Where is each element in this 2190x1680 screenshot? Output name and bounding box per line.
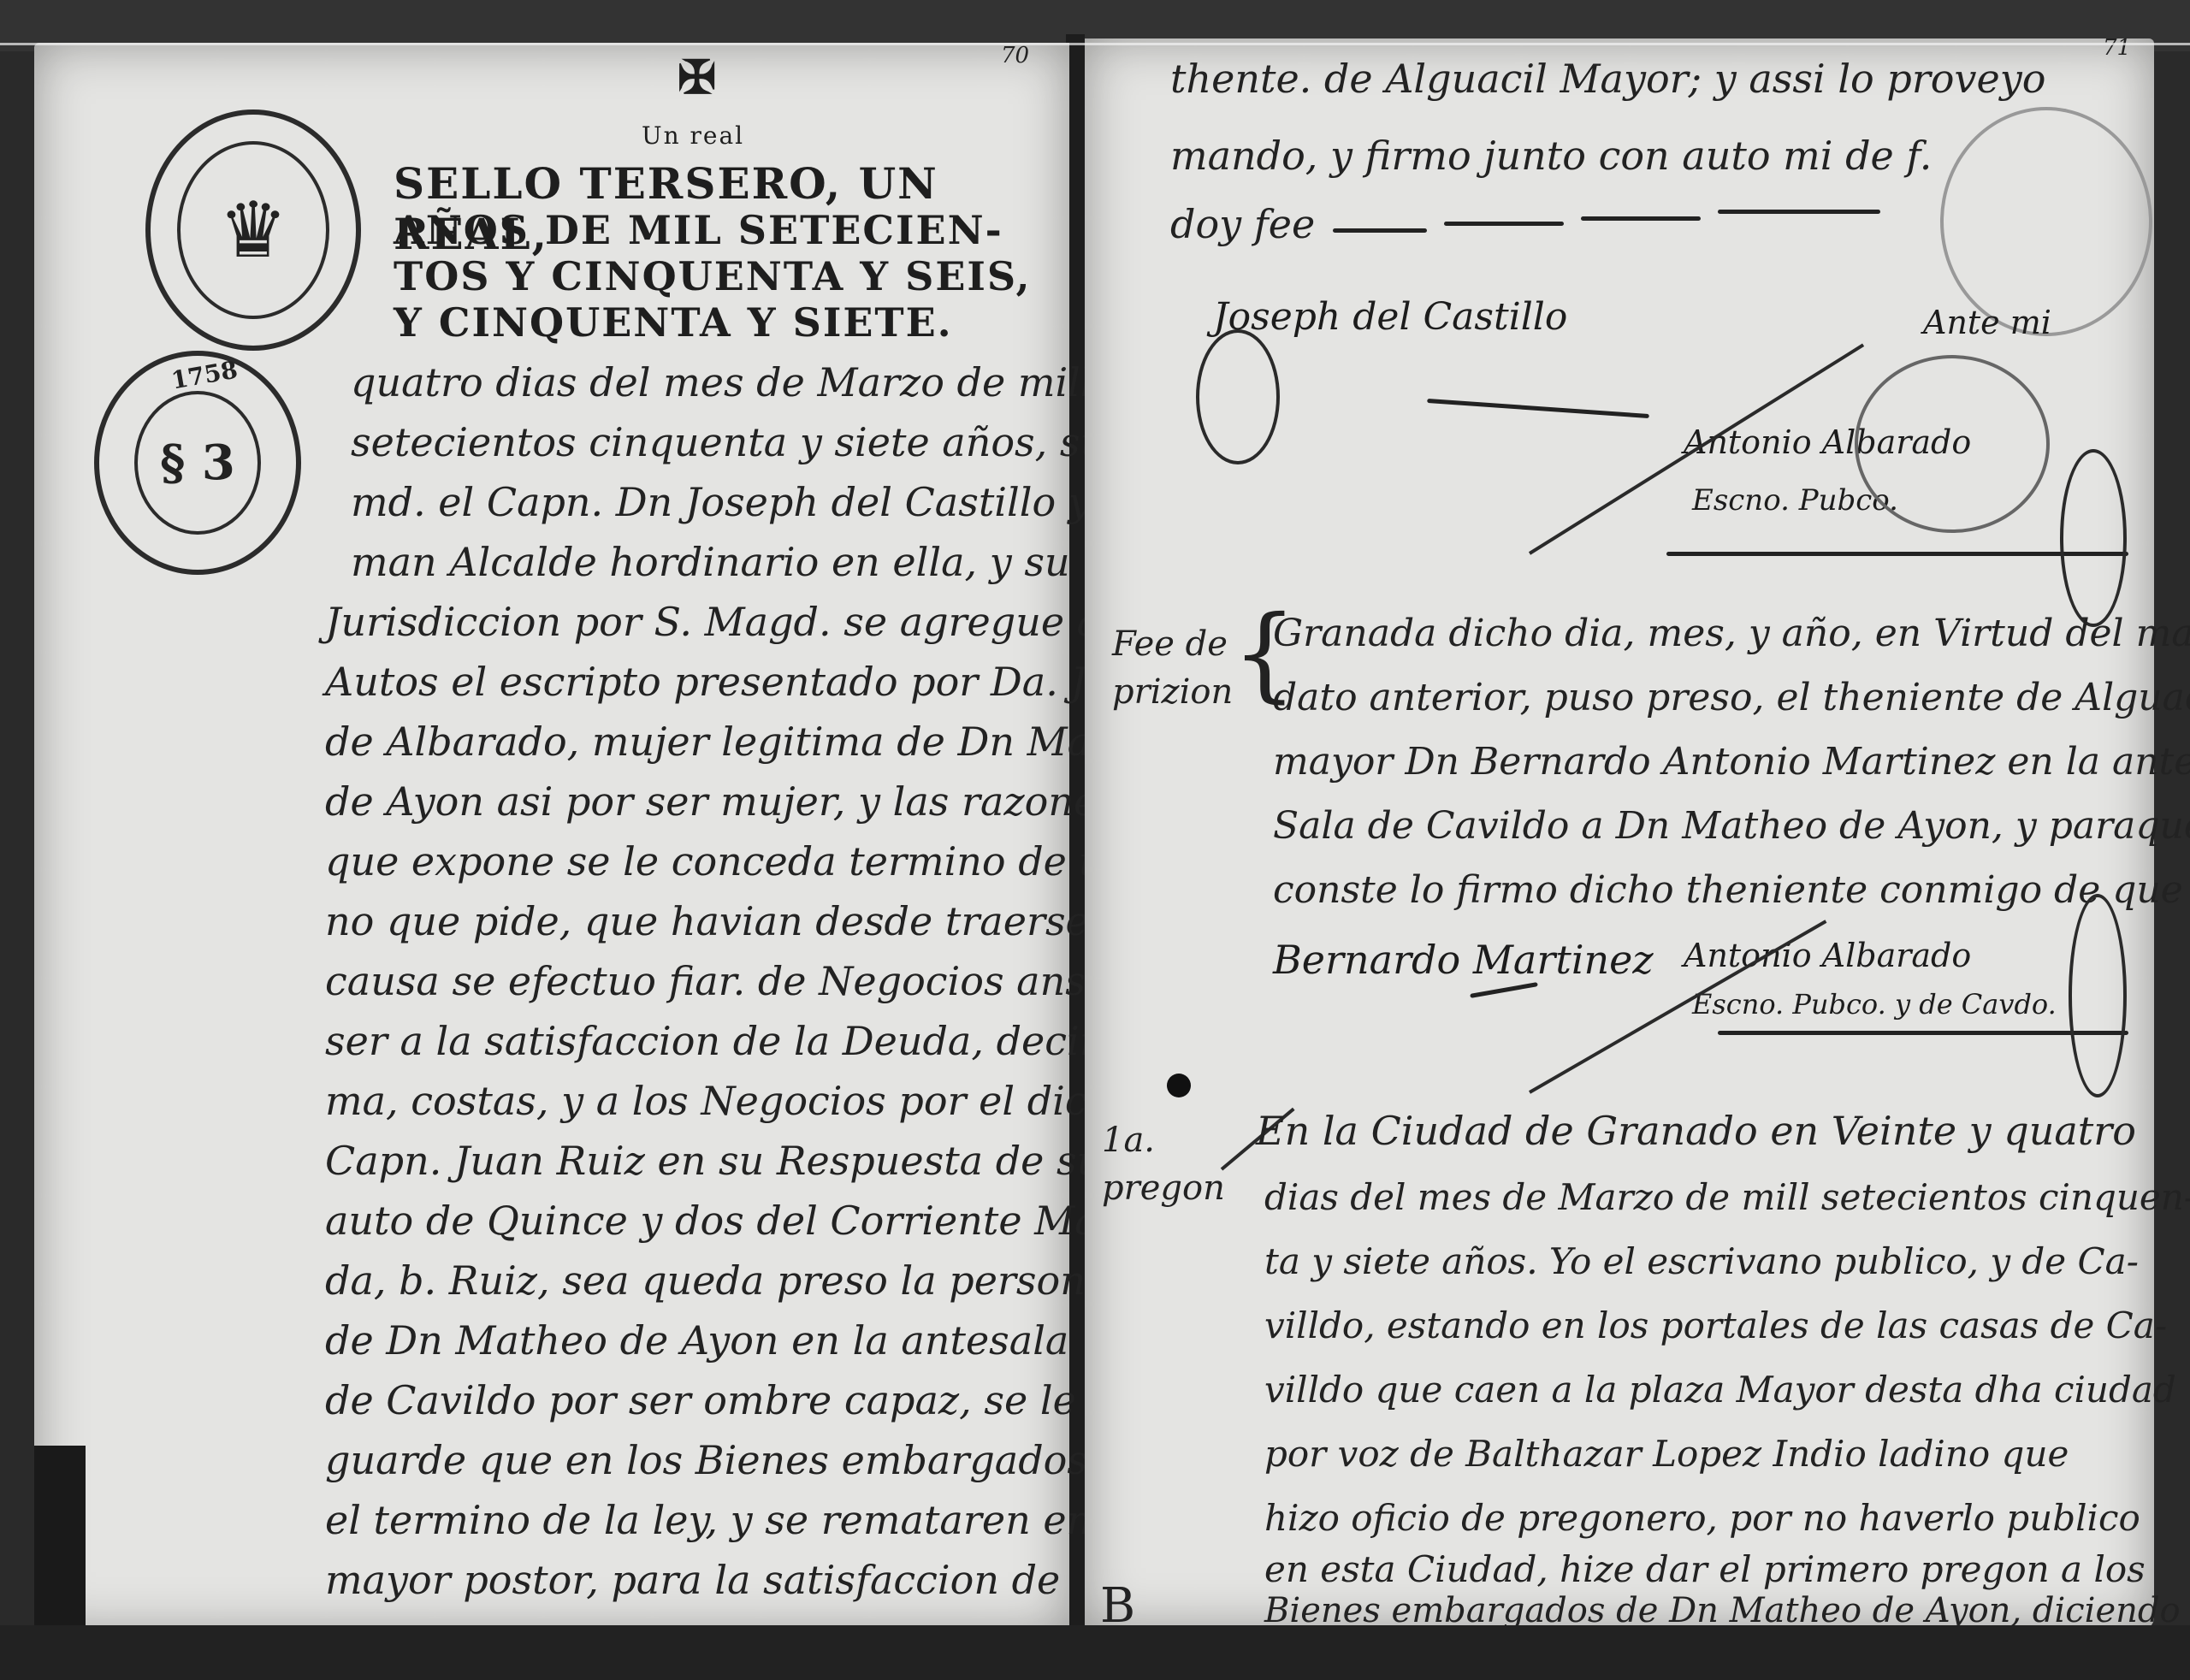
signature-ante-mi: Ante mi bbox=[1923, 304, 2051, 341]
manuscript-line: md. el Capn. Dn Joseph del Castillo y Gu… bbox=[351, 479, 1193, 525]
manuscript-line: de Cavildo por ser ombre capaz, se le bbox=[325, 1377, 1076, 1423]
notary-seal bbox=[1855, 355, 2050, 533]
manuscript-line: quatro dias del mes de Marzo de mill bbox=[351, 359, 1093, 405]
manuscript-line: man Alcalde hordinario en ella, y su bbox=[351, 539, 1070, 585]
manuscript-line: Jurisdiccion por S. Magd. se agregue a l… bbox=[325, 599, 1169, 645]
line-filler bbox=[1333, 228, 1427, 233]
manuscript-line: En la Ciudad de Granado en Veinte y quat… bbox=[1256, 1108, 2136, 1154]
manuscript-line: de Albarado, mujer legitima de Dn Matheo bbox=[325, 719, 1179, 765]
signature-underline bbox=[1718, 1031, 2128, 1035]
manuscript-line: que expone se le conceda termino de term… bbox=[325, 838, 1200, 884]
folio-number: 70 bbox=[1001, 43, 1029, 68]
printed-header-line: TOS Y CINQUENTA Y SEIS, bbox=[394, 253, 1032, 299]
manuscript-line: ser a la satisfaccion de la Deuda, decim… bbox=[325, 1018, 1152, 1064]
scan-artifact-line bbox=[0, 43, 2190, 45]
film-frame-bottom bbox=[0, 1625, 2190, 1680]
coat-of-arms-icon: ♛ bbox=[177, 141, 329, 319]
manuscript-line: villdo que caen a la plaza Mayor desta d… bbox=[1264, 1369, 2176, 1411]
ink-blot bbox=[1167, 1074, 1191, 1097]
margin-note-line: prizion bbox=[1112, 668, 1233, 716]
signature-albarado: Antonio Albarado bbox=[1684, 937, 1971, 974]
right-page: 71 thente. de Alguacil Mayor; y assi lo … bbox=[1085, 38, 2154, 1630]
ink-mark bbox=[1470, 982, 1538, 998]
page-shadow bbox=[34, 1446, 86, 1634]
manuscript-line: de Ayon asi por ser mujer, y las razones bbox=[325, 778, 1117, 825]
manuscript-line: ta y siete años. Yo el escrivano publico… bbox=[1264, 1240, 2139, 1282]
signature-underline bbox=[1666, 552, 2128, 556]
margin-note-fee-de-prizion: Fee de prizion bbox=[1112, 620, 1233, 716]
margin-note-line: 1a. bbox=[1102, 1116, 1225, 1164]
manuscript-line: conste lo firmo dicho theniente conmigo … bbox=[1273, 868, 2190, 912]
line-filler bbox=[1718, 210, 1880, 214]
manuscript-line: hizo oficio de pregonero, por no haverlo… bbox=[1264, 1497, 2140, 1539]
signature-martinez: Bernardo Martinez bbox=[1273, 937, 1654, 983]
printed-header-line: AÑOS DE MIL SETECIEN- bbox=[394, 207, 1003, 253]
margin-note-line: Fee de bbox=[1112, 620, 1233, 668]
manuscript-line: Capn. Juan Ruiz en su Respuesta de su bbox=[325, 1138, 1102, 1184]
manuscript-line: Sala de Cavildo a Dn Matheo de Ayon, y p… bbox=[1273, 804, 2190, 848]
cross-mark: ✠ bbox=[678, 50, 718, 104]
manuscript-line: dias del mes de Marzo de mill seteciento… bbox=[1264, 1176, 2190, 1218]
manuscript-line: por voz de Balthazar Lopez Indio ladino … bbox=[1264, 1433, 2069, 1475]
manuscript-line: mando, y firmo junto con auto mi de f. bbox=[1170, 133, 1932, 179]
signature-flourish bbox=[2069, 894, 2127, 1097]
margin-note-line: pregon bbox=[1102, 1164, 1225, 1212]
manuscript-line: el termino de la ley, y se remataren en … bbox=[325, 1497, 1140, 1543]
manuscript-line: villdo, estando en los portales de las c… bbox=[1264, 1304, 2167, 1346]
signature-flourish bbox=[1196, 329, 1280, 464]
manuscript-line: doy fee bbox=[1170, 201, 1315, 247]
manuscript-line: Autos el escripto presentado por Da. Jua… bbox=[325, 659, 1184, 705]
manuscript-line: mayor Dn Bernardo Antonio Martinez en la… bbox=[1273, 740, 2190, 784]
royal-seal-upper: ♛ bbox=[145, 109, 361, 351]
stamp-value-label: Un real bbox=[642, 121, 744, 150]
line-filler bbox=[1444, 222, 1564, 226]
faded-seal bbox=[1940, 107, 2152, 336]
manuscript-line: dato anterior, puso preso, el theniente … bbox=[1273, 676, 2190, 719]
manuscript-line: Granada dicho dia, mes, y año, en Virtud… bbox=[1273, 612, 2190, 655]
manuscript-line: de Dn Matheo de Ayon en la antesala bbox=[325, 1317, 1068, 1364]
line-filler bbox=[1581, 216, 1701, 221]
manuscript-line: thente. de Alguacil Mayor; y assi lo pro… bbox=[1170, 56, 2045, 102]
manuscript-line: ma, costas, y a los Negocios por el dich… bbox=[325, 1078, 1136, 1124]
margin-note-pregon: 1a. pregon bbox=[1102, 1116, 1225, 1212]
manuscript-line: setecientos cinquenta y siete años, su bbox=[351, 419, 1105, 465]
seal-center-mark: § 3 bbox=[160, 435, 235, 491]
manuscript-line: en esta Ciudad, hize dar el primero preg… bbox=[1264, 1548, 2146, 1590]
signature-castillo: Joseph del Castillo bbox=[1213, 295, 1567, 339]
printed-header-line: Y CINQUENTA Y SIETE. bbox=[394, 299, 953, 346]
manuscript-line: mayor postor, para la satisfaccion de bbox=[325, 1557, 1060, 1603]
signature-underline bbox=[1427, 399, 1649, 418]
signature-flourish bbox=[2060, 449, 2127, 627]
folio-number: 71 bbox=[2103, 35, 2131, 61]
manuscript-line: da, b. Ruiz, sea queda preso la persona bbox=[325, 1257, 1109, 1304]
left-page: ✠ 70 Un real SELLO TERSERO, UN REAL, AÑO… bbox=[34, 43, 1069, 1634]
signature-title: Escno. Pubco. y de Cavdo. bbox=[1692, 988, 2057, 1020]
manuscript-line: guarde que en los Bienes embargados q. bbox=[325, 1437, 1138, 1483]
manuscript-line: auto de Quince y dos del Corriente Man- bbox=[325, 1198, 1137, 1244]
